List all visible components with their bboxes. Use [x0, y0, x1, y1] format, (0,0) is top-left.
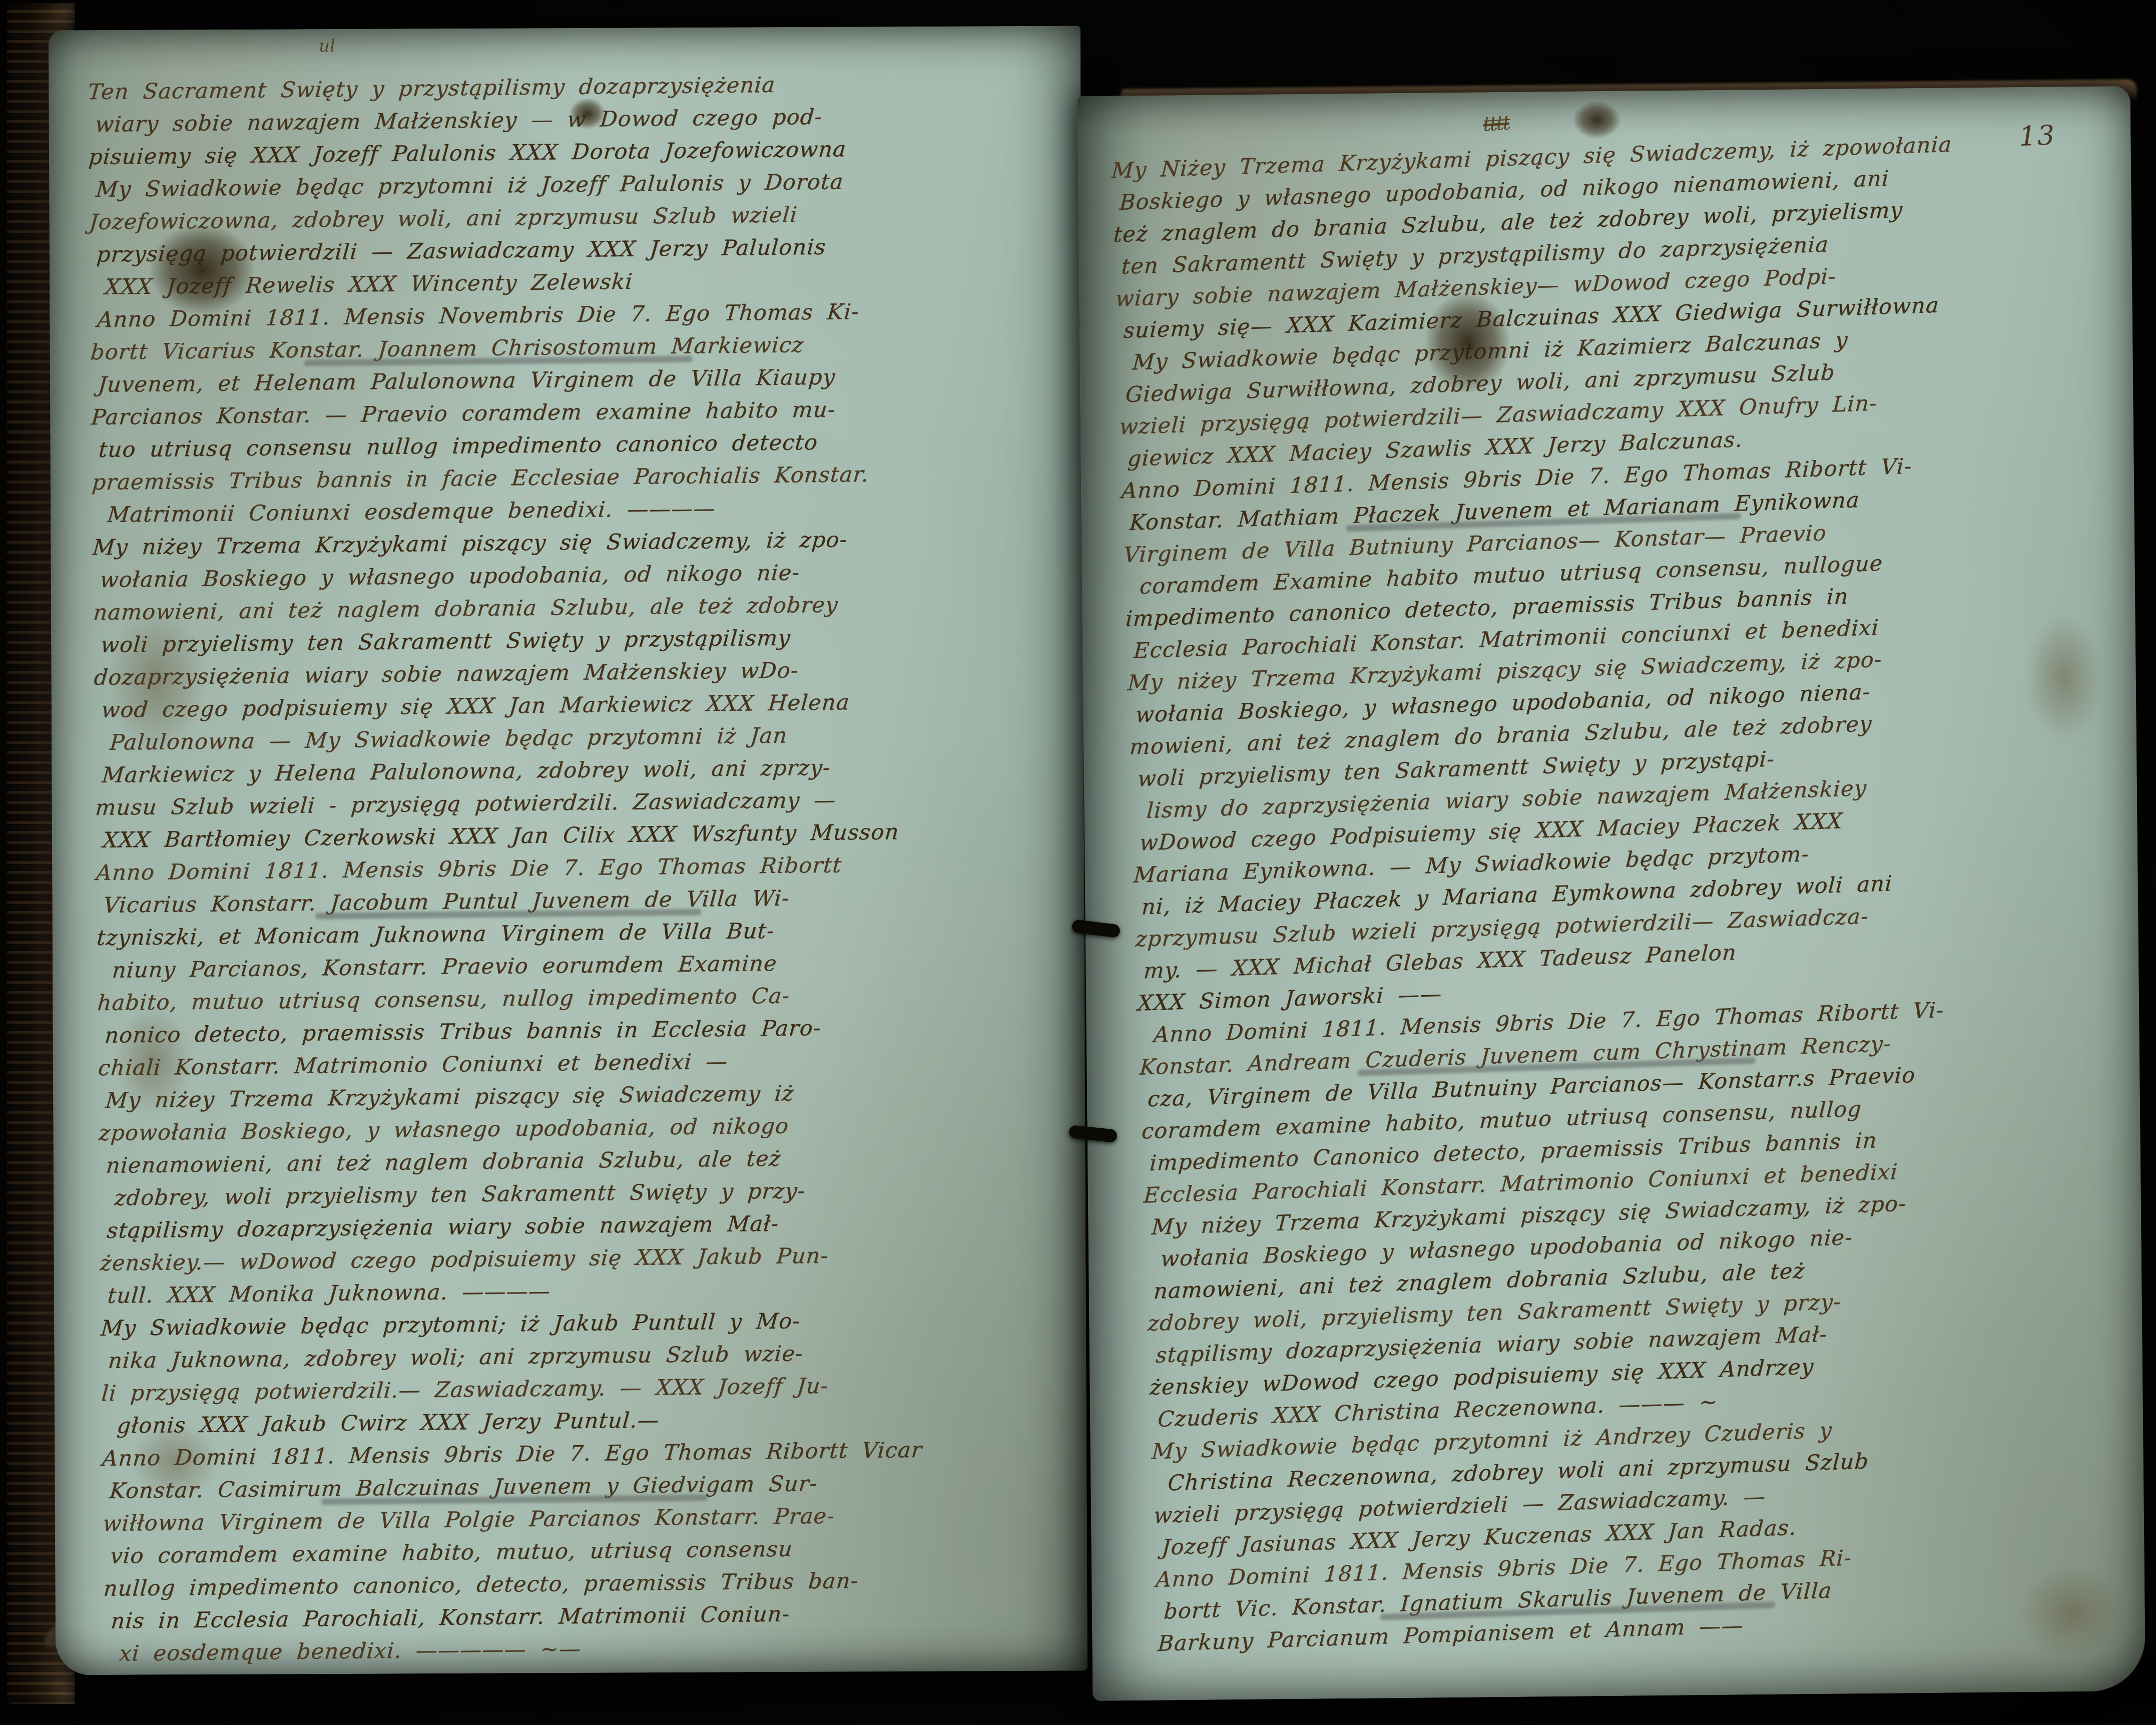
- ink-blot: [569, 98, 605, 129]
- paper-stain: [113, 1006, 193, 1116]
- paper-stain: [106, 605, 207, 756]
- ink-blot: [150, 225, 255, 315]
- left-page-top-margin-mark: ul: [319, 36, 335, 56]
- right-page: 13 tttt My Niżey Trzema Krzyżykami piszą…: [1077, 86, 2146, 1701]
- photograph-background: ul Ten Sacrament Swięty y przystąpilismy…: [0, 0, 2156, 1725]
- paper-stain: [2017, 1563, 2128, 1664]
- ink-blot: [1573, 101, 1621, 139]
- paper-stain: [2023, 612, 2104, 743]
- right-page-struck-mark: tttt: [1482, 112, 1510, 136]
- paper-stain: [130, 1421, 220, 1502]
- ink-blot: [1424, 292, 1510, 393]
- right-page-text-block: My Niżey Trzema Krzyżykami piszący się S…: [1111, 124, 2153, 1660]
- left-page-text-block: Ten Sacrament Swięty y przystąpilismy do…: [88, 66, 1077, 1670]
- left-page: ul Ten Sacrament Swięty y przystąpilismy…: [49, 26, 1088, 1675]
